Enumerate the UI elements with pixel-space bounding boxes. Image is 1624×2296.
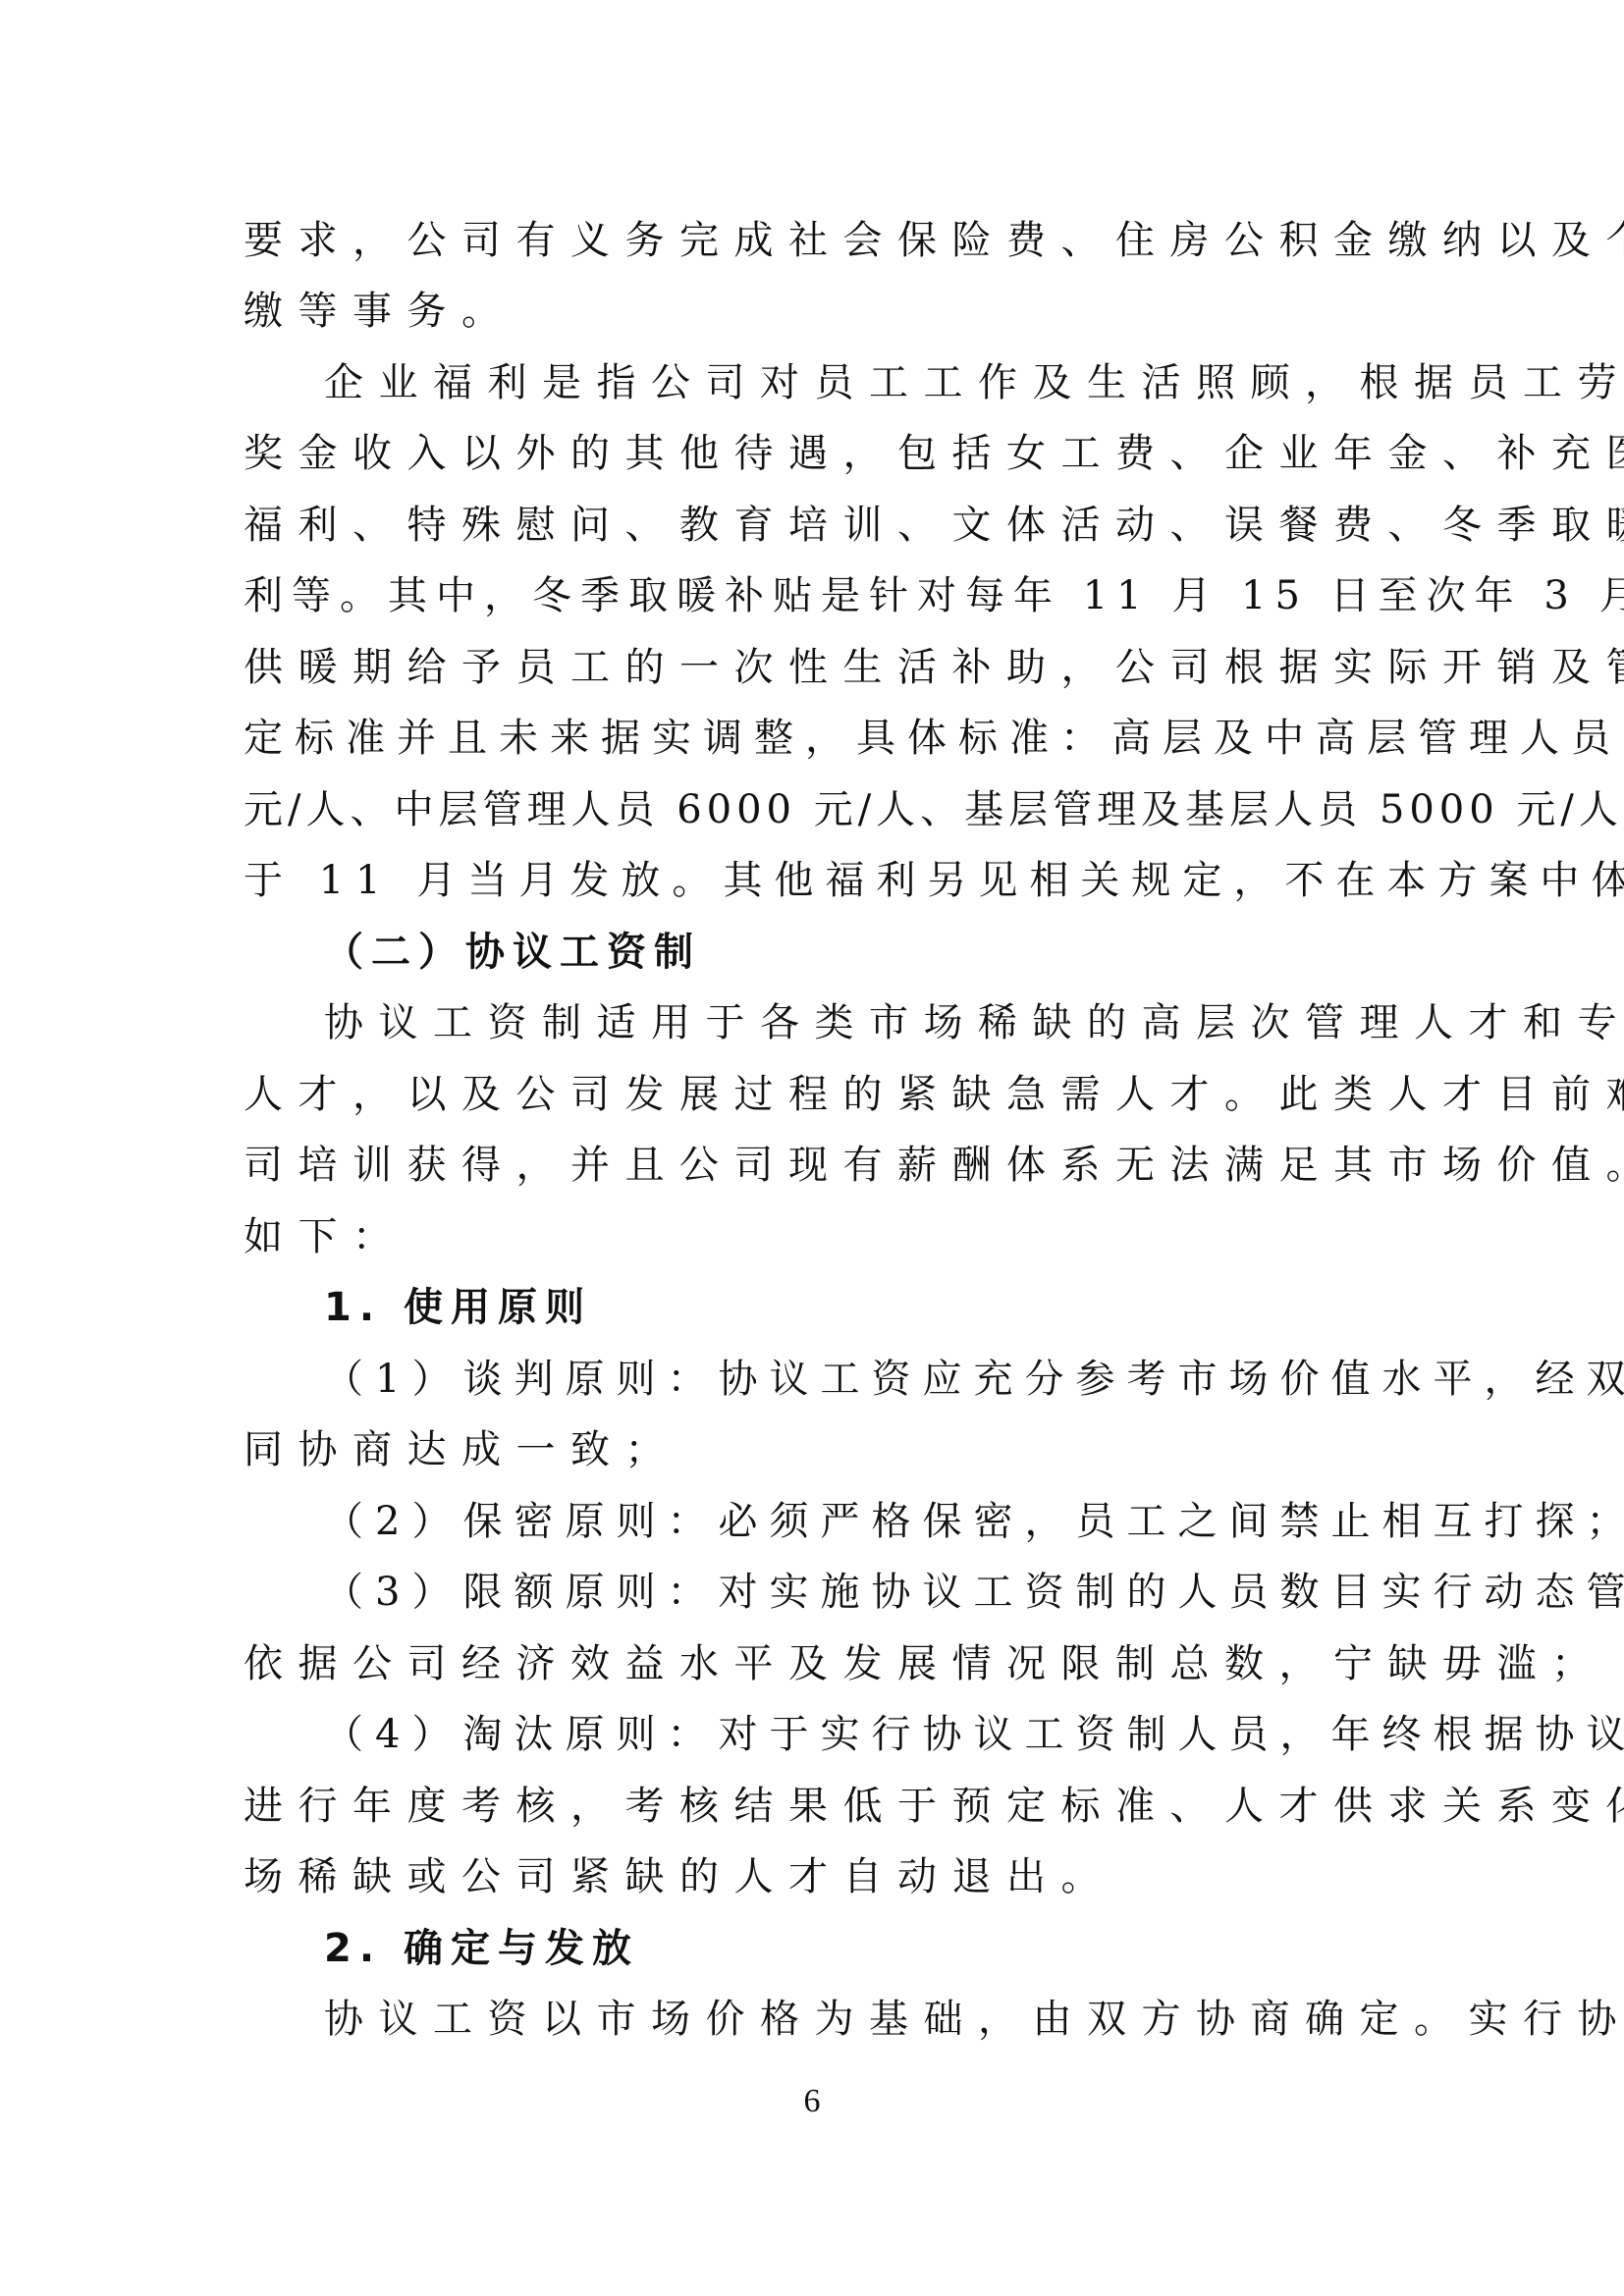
body-text-line: 司培训获得，并且公司现有薪酬体系无法满足其市场价值。具体规定: [244, 1136, 1402, 1195]
body-text-line: 人才，以及公司发展过程的紧缺急需人才。此类人才目前难以通过公: [244, 1065, 1402, 1124]
body-text-line: 进行年度考核，考核结果低于预定标准、人才供求关系变化不再是市: [244, 1777, 1402, 1836]
body-text-line: 缴等事务。: [244, 282, 1402, 341]
body-text-line: 于 11 月当月发放。其他福利另见相关规定，不在本方案中体现。: [244, 851, 1402, 910]
document-page: 要求，公司有义务完成社会保险费、住房公积金缴纳以及个税代扣代 缴等事务。 企业福…: [0, 0, 1624, 2296]
section-heading-agreement-salary: （二）协议工资制: [324, 923, 1483, 982]
body-text-line: 元/人、中层管理人员 6000 元/人、基层管理及基层人员 5000 元/人，: [244, 780, 1402, 839]
list-item-confidentiality: （2）保密原则：必须严格保密，员工之间禁止相互打探；: [324, 1492, 1483, 1551]
body-text-line: 利等。其中，冬季取暖补贴是针对每年 11 月 15 日至次年 3 月 15 日: [244, 566, 1402, 625]
subheading-usage-principles: 1. 使用原则: [324, 1278, 1483, 1337]
list-item-quota: （3）限额原则：对实施协议工资制的人员数目实行动态管理，: [324, 1563, 1483, 1622]
page-number: 6: [0, 2083, 1624, 2120]
list-item-elimination: （4）淘汰原则：对于实行协议工资制人员，年终根据协议约定: [324, 1705, 1483, 1764]
body-text-line: 定标准并且未来据实调整，具体标准：高层及中高层管理人员 8000: [244, 709, 1402, 768]
body-text-line: 依据公司经济效益水平及发展情况限制总数，宁缺毋滥；: [244, 1634, 1402, 1693]
body-text-line: 供暖期给予员工的一次性生活补助，公司根据实际开销及管理层级确: [244, 638, 1402, 697]
body-text-line: 协议工资制适用于各类市场稀缺的高层次管理人才和专业技术: [324, 993, 1483, 1052]
body-text-line: 场稀缺或公司紧缺的人才自动退出。: [244, 1847, 1402, 1906]
body-text-line: 企业福利是指公司对员工工作及生活照顾，根据员工劳动在工资、: [324, 353, 1483, 412]
body-text-line: 如下：: [244, 1207, 1402, 1266]
body-text-line: 要求，公司有义务完成社会保险费、住房公积金缴纳以及个税代扣代: [244, 211, 1402, 270]
subheading-determination-payment: 2. 确定与发放: [324, 1919, 1483, 1978]
body-text-line: 福利、特殊慰问、教育培训、文体活动、误餐费、冬季取暖及其他福: [244, 496, 1402, 555]
body-text-line: 协议工资以市场价格为基础，由双方协商确定。实行协议工资制: [324, 1990, 1483, 2049]
body-text-line: 同协商达成一致；: [244, 1420, 1402, 1479]
body-text-line: 奖金收入以外的其他待遇，包括女工费、企业年金、补充医疗、节日: [244, 424, 1402, 483]
list-item-negotiation: （1）谈判原则：协议工资应充分参考市场价值水平，经双方共: [324, 1350, 1483, 1409]
